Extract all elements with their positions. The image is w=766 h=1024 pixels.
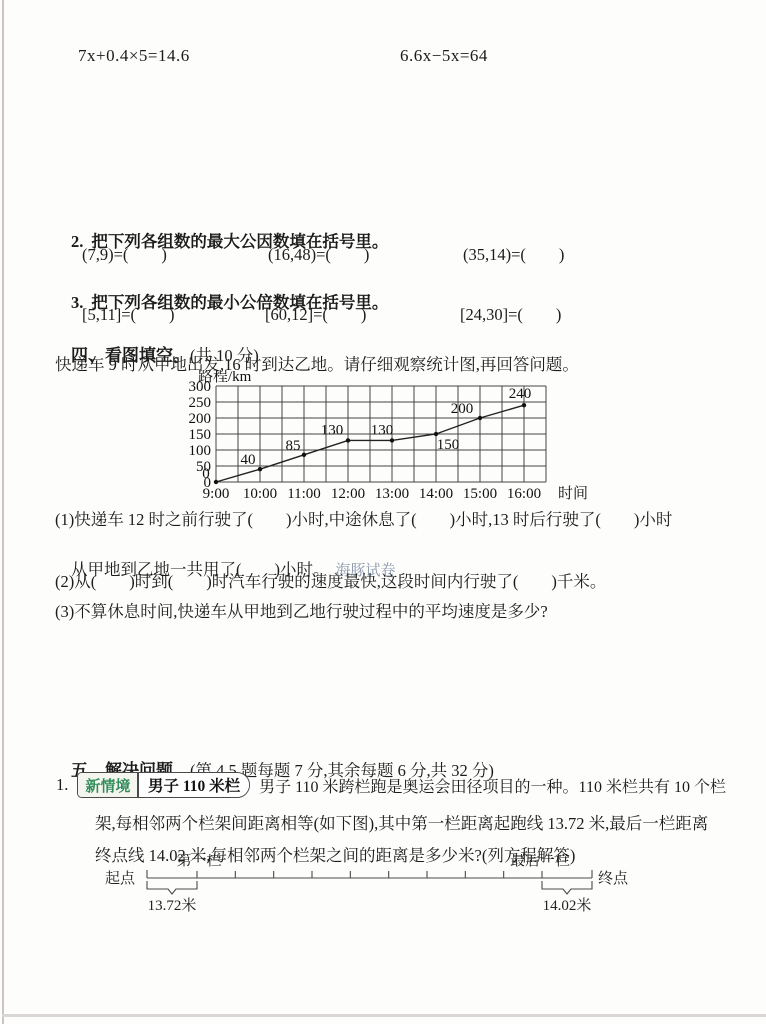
svg-text:150: 150 bbox=[189, 427, 212, 443]
svg-text:11:00: 11:00 bbox=[287, 486, 321, 502]
svg-text:12:00: 12:00 bbox=[331, 486, 365, 502]
hurdle-diagram: 起点 终点 第一栏 最后一栏 13.72米 14.02米 bbox=[92, 854, 672, 918]
first-hurdle-label: 第一栏 bbox=[176, 854, 221, 869]
problem-1-tag: 新情境 男子 110 米栏 bbox=[77, 772, 250, 798]
end-distance-label: 14.02米 bbox=[543, 897, 592, 914]
problem-1-line-1: 男子 110 米跨栏跑是奥运会田径项目的一种。110 米栏共有 10 个栏 bbox=[259, 774, 726, 797]
s4-question-2-line: (2)从( )时到( )时汽车行驶的速度最快,这段时间内行驶了( )千米。 bbox=[55, 568, 606, 592]
start-distance-label: 13.72米 bbox=[148, 897, 197, 914]
svg-text:路程/km: 路程/km bbox=[198, 370, 252, 385]
equation-1: 7x+0.4×5=14.6 bbox=[78, 46, 190, 66]
svg-text:130: 130 bbox=[321, 422, 344, 438]
svg-text:150: 150 bbox=[437, 437, 460, 453]
svg-text:85: 85 bbox=[286, 438, 301, 454]
svg-text:240: 240 bbox=[509, 386, 532, 402]
gcf-item-1: (7,9)=( ) bbox=[82, 241, 167, 265]
end-point-label: 终点 bbox=[598, 869, 629, 887]
equation-2: 6.6x−5x=64 bbox=[400, 46, 488, 66]
svg-text:14:00: 14:00 bbox=[419, 486, 453, 502]
svg-text:13:00: 13:00 bbox=[375, 486, 409, 502]
lcm-item-1: [5,11]=( ) bbox=[82, 301, 175, 325]
lcm-item-3: [24,30]=( ) bbox=[460, 301, 561, 325]
svg-text:9:00: 9:00 bbox=[203, 486, 230, 502]
problem-1-line-2: 架,每相邻两个栏架间距离相等(如下图),其中第一栏距离起跑线 13.72 米,最… bbox=[95, 810, 708, 834]
s4-question-1-line-1: (1)快递车 12 时之前行驶了( )小时,中途休息了( )小时,13 时后行驶… bbox=[55, 506, 672, 530]
problem-1-number: 1. bbox=[56, 775, 68, 795]
lcm-item-2: [60,12]=( ) bbox=[265, 301, 366, 325]
svg-text:时间: 时间 bbox=[558, 485, 588, 502]
svg-text:40: 40 bbox=[241, 452, 256, 468]
svg-text:200: 200 bbox=[451, 401, 474, 417]
tag-context-label: 新情境 bbox=[78, 773, 137, 797]
gcf-item-2: (16,48)=( ) bbox=[268, 241, 369, 265]
distance-time-chart: 3002502001501005009:0010:0011:0012:0013:… bbox=[148, 370, 618, 504]
svg-text:0: 0 bbox=[202, 466, 210, 482]
scan-edge-bottom bbox=[2, 1014, 766, 1017]
svg-text:130: 130 bbox=[371, 422, 394, 438]
svg-text:100: 100 bbox=[189, 443, 212, 459]
svg-text:16:00: 16:00 bbox=[507, 486, 541, 502]
start-point-label: 起点 bbox=[105, 869, 136, 887]
scan-edge-left bbox=[2, 0, 4, 1024]
problem-1-row: 1. 新情境 男子 110 米栏 男子 110 米跨栏跑是奥运会田径项目的一种。… bbox=[56, 772, 756, 798]
hurdle-diagram-lines bbox=[147, 870, 592, 894]
svg-text:250: 250 bbox=[189, 395, 212, 411]
svg-text:10:00: 10:00 bbox=[243, 486, 277, 502]
exam-paper-page: 7x+0.4×5=14.6 6.6x−5x=64 2.把下列各组数的最大公因数填… bbox=[0, 0, 766, 1024]
last-hurdle-label: 最后一栏 bbox=[510, 854, 570, 869]
svg-text:15:00: 15:00 bbox=[463, 486, 497, 502]
tag-topic-label: 男子 110 米栏 bbox=[139, 773, 249, 797]
svg-text:200: 200 bbox=[189, 411, 212, 427]
gcf-item-3: (35,14)=( ) bbox=[463, 241, 564, 265]
s4-question-3-line: (3)不算休息时间,快递车从甲地到乙地行驶过程中的平均速度是多少? bbox=[55, 598, 548, 622]
